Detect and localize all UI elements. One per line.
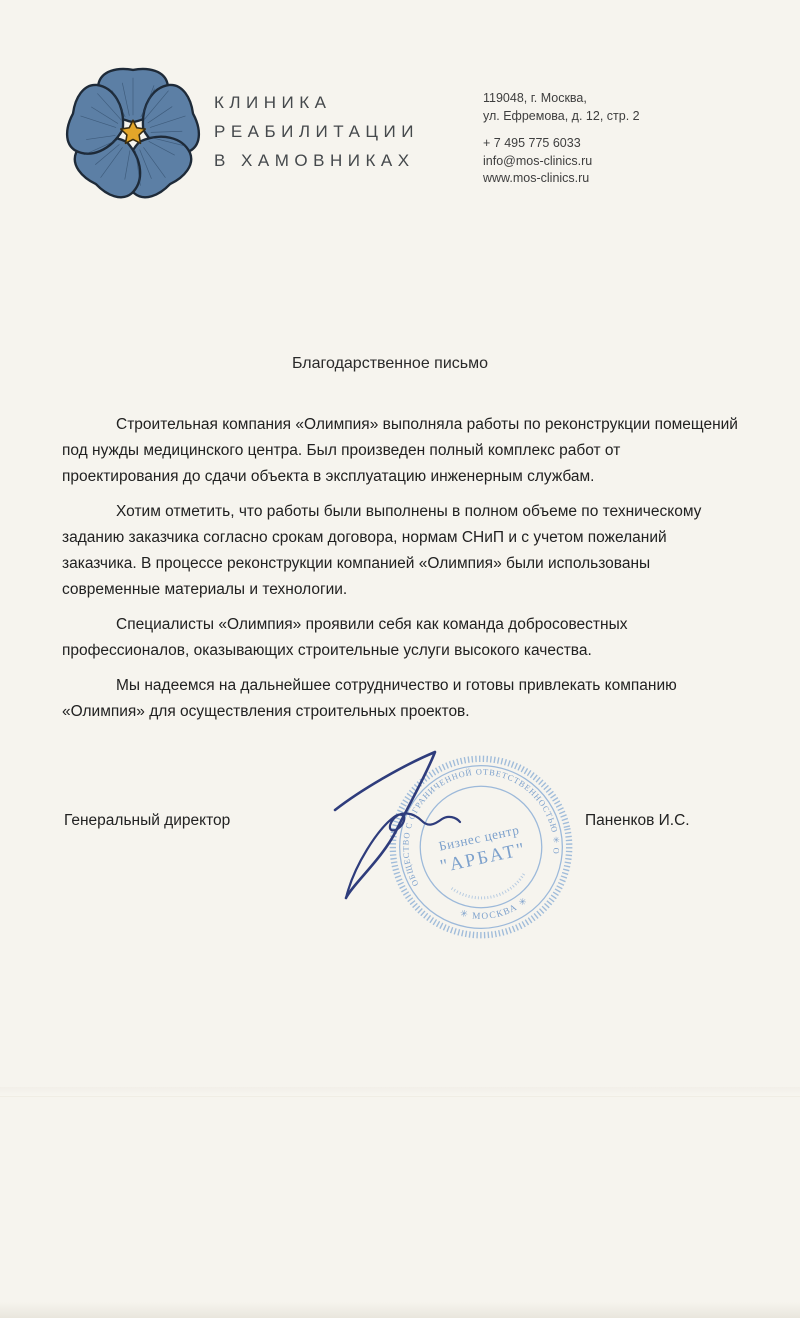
- company-name-line: В ХАМОВНИКАХ: [214, 146, 419, 175]
- clinic-flower-logo-icon: [64, 64, 202, 202]
- signer-name: Паненков И.С.: [585, 812, 690, 830]
- address-line-2: ул. Ефремова, д. 12, стр. 2: [483, 108, 640, 126]
- website-url: www.mos-clinics.ru: [483, 170, 640, 188]
- paragraph-1: Строительная компания «Олимпия» выполнял…: [62, 412, 740, 490]
- contact-block: 119048, г. Москва, ул. Ефремова, д. 12, …: [483, 90, 640, 188]
- email-address: info@mos-clinics.ru: [483, 153, 640, 171]
- paragraph-2: Хотим отметить, что работы были выполнен…: [62, 499, 740, 603]
- address-line-1: 119048, г. Москва,: [483, 90, 640, 108]
- company-name-line: КЛИНИКА: [214, 88, 419, 117]
- company-name: КЛИНИКА РЕАБИЛИТАЦИИ В ХАМОВНИКАХ: [214, 88, 419, 175]
- letter-page: КЛИНИКА РЕАБИЛИТАЦИИ В ХАМОВНИКАХ 119048…: [0, 0, 800, 1318]
- letter-title: Благодарственное письмо: [0, 355, 780, 373]
- paragraph-4: Мы надеемся на дальнейшее сотрудничество…: [62, 673, 740, 725]
- scan-bottom-shade: [0, 1302, 800, 1318]
- director-signature: [330, 745, 480, 915]
- scan-seam-line: [0, 1087, 800, 1097]
- letter-body: Строительная компания «Олимпия» выполнял…: [62, 412, 740, 725]
- phone-number: + 7 495 775 6033: [483, 135, 640, 153]
- company-name-line: РЕАБИЛИТАЦИИ: [214, 117, 419, 146]
- signer-position-title: Генеральный директор: [64, 812, 230, 830]
- paragraph-3: Специалисты «Олимпия» проявили себя как …: [62, 612, 740, 664]
